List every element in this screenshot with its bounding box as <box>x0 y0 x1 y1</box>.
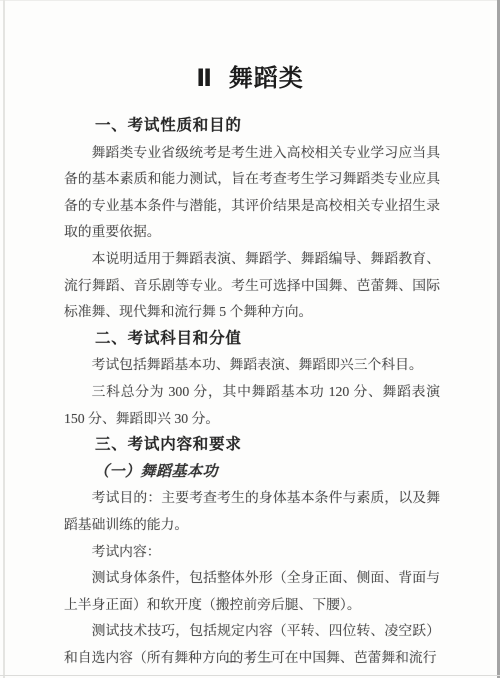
subsection-heading-basics: （一）舞蹈基本功 <box>64 459 440 486</box>
paragraph-scores: 三科总分为 300 分，其中舞蹈基本功 120 分、舞蹈表演 150 分、舞蹈即… <box>64 379 440 432</box>
section-heading-content-reqs: 三、考试内容和要求 <box>64 432 440 459</box>
scan-edge-top <box>0 0 500 1</box>
scan-edge-left <box>3 0 5 678</box>
paragraph-exam-nature-2: 本说明适用于舞蹈表演、舞蹈学、舞蹈编导、舞蹈教育、流行舞蹈、音乐剧等专业。考生可… <box>64 246 440 326</box>
paragraph-exam-content-label: 考试内容： <box>64 539 440 566</box>
paragraph-exam-purpose: 考试目的：主要考查考生的身体基本条件与素质，以及舞蹈基础训练的能力。 <box>64 485 440 538</box>
page-number: — 7 — <box>0 653 500 669</box>
paragraph-body-condition-test: 测试身体条件，包括整体外形（全身正面、侧面、背面与上半身正面）和软开度（搬控前旁… <box>64 565 440 618</box>
paragraph-exam-nature-1: 舞蹈类专业省级统考是考生进入高校相关专业学习应当具备的基本素质和能力测试，旨在考… <box>64 140 440 246</box>
scan-edge-bottom <box>0 675 500 676</box>
page-title: Ⅱ 舞蹈类 <box>0 58 500 93</box>
document-page: Ⅱ 舞蹈类 一、考试性质和目的 舞蹈类专业省级统考是考生进入高校相关专业学习应当… <box>0 0 500 678</box>
section-heading-subjects-score: 二、考试科目和分值 <box>64 326 440 353</box>
paragraph-subjects: 考试包括舞蹈基本功、舞蹈表演、舞蹈即兴三个科目。 <box>64 352 440 379</box>
document-body: 一、考试性质和目的 舞蹈类专业省级统考是考生进入高校相关专业学习应当具备的基本素… <box>64 113 440 671</box>
section-heading-exam-nature: 一、考试性质和目的 <box>64 113 440 140</box>
